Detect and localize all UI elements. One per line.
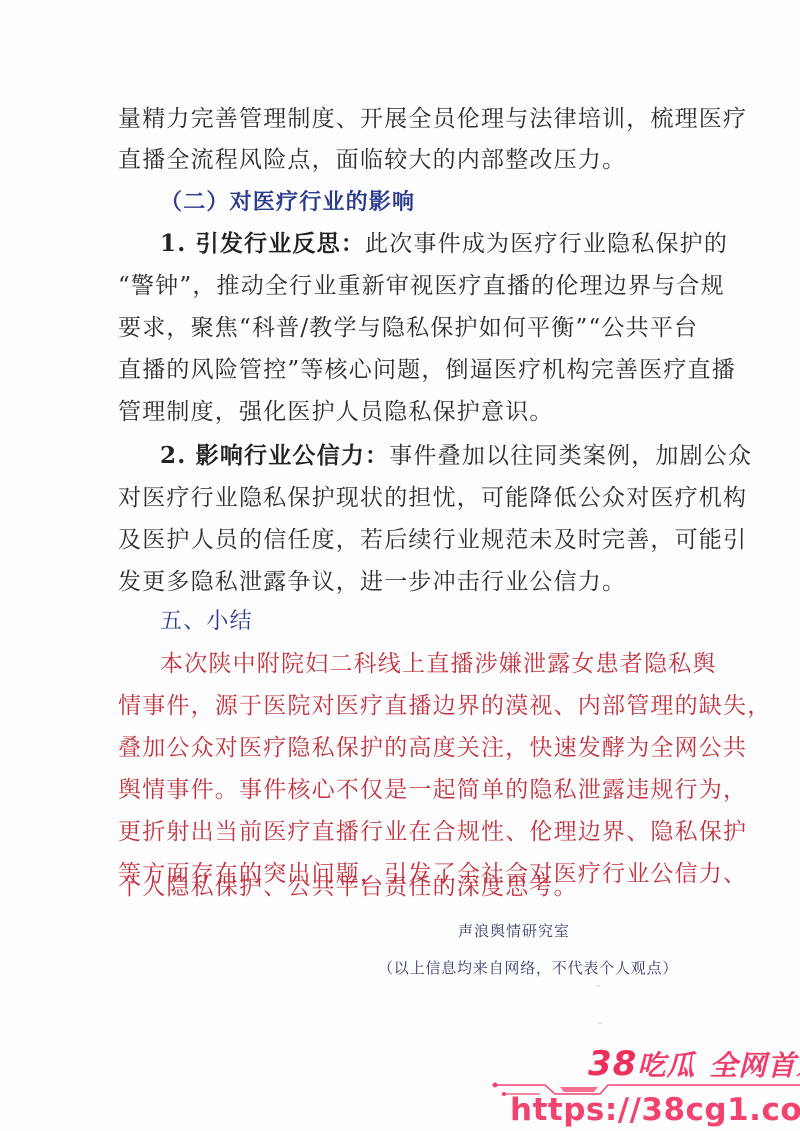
- section-heading: （二）对医疗行业的影响: [160, 187, 415, 217]
- intro-line-1: 量精力完善管理制度、开展全员伦理与法律培训，梳理医疗: [118, 104, 747, 134]
- intro-line-2: 直播全流程风险点，面临较大的内部整改压力。: [118, 145, 626, 175]
- item2-line-3: 及医护人员的信任度，若后续行业规范未及时完善，可能引: [118, 525, 747, 555]
- watermark-tagline: 全网首发: [709, 1049, 800, 1082]
- summary-line-5: 更折射出当前医疗直播行业在合规性、伦理边界、隐私保护: [118, 817, 747, 847]
- watermark-brand: 38吃瓜全网首发: [588, 1044, 800, 1084]
- watermark-brand-number: 38: [588, 1044, 637, 1084]
- watermark-brand-name: 吃瓜: [637, 1049, 695, 1082]
- site-watermark: 38吃瓜全网首发 https://38cg1.com: [480, 1030, 800, 1131]
- item1-label: 1. 引发行业反思：: [160, 230, 365, 257]
- document-page: 量精力完善管理制度、开展全员伦理与法律培训，梳理医疗 直播全流程风险点，面临较大…: [0, 0, 800, 1131]
- summary-line-3: 叠加公众对医疗隐私保护的高度关注，快速发酵为全网公共: [118, 733, 747, 763]
- item2-line-1: 事件叠加以往同类案例，加剧公众: [389, 443, 752, 469]
- item2-line-2: 对医疗行业隐私保护现状的担忧，可能降低公众对医疗机构: [118, 483, 747, 513]
- item2-first-line: 2. 影响行业公信力：事件叠加以往同类案例，加剧公众: [160, 441, 752, 471]
- scan-speck: [598, 1022, 602, 1024]
- item1-line-3: 要求，聚焦“科普/教学与隐私保护如何平衡”“公共平台: [118, 313, 698, 343]
- item2-line-4: 发更多隐私泄露争议，进一步冲击行业公信力。: [118, 567, 626, 597]
- item1-line-2: “警钟”，推动全行业重新审视医疗直播的伦理边界与合规: [118, 271, 725, 301]
- summary-line-1: 本次陕中附院妇二科线上直播涉嫌泄露女患者隐私舆: [160, 649, 717, 679]
- item1-first-line: 1. 引发行业反思：此次事件成为医疗行业隐私保护的: [160, 229, 728, 259]
- summary-line-2: 情事件，源于医院对医疗直播边界的漠视、内部管理的缺失，: [118, 691, 771, 721]
- disclaimer: （以上信息均来自网络，不代表个人观点）: [378, 953, 678, 983]
- item1-line-5: 管理制度，强化医护人员隐私保护意识。: [118, 397, 554, 427]
- item2-label: 2. 影响行业公信力：: [160, 442, 389, 469]
- summary-heading: 五、小结: [160, 607, 253, 637]
- signature: 声浪舆情研究室: [458, 916, 570, 946]
- summary-line-4: 舆情事件。事件核心不仅是一起简单的隐私泄露违规行为，: [118, 775, 747, 805]
- watermark-url: https://38cg1.com: [510, 1092, 800, 1128]
- summary-line-7: 个人隐私保护、公共平台责任的深度思考。: [118, 872, 578, 902]
- scan-speck: [596, 985, 600, 987]
- item1-line-1: 此次事件成为医疗行业隐私保护的: [365, 231, 728, 257]
- item1-line-4: 直播的风险管控”等核心问题，倒逼医疗机构完善医疗直播: [118, 355, 736, 385]
